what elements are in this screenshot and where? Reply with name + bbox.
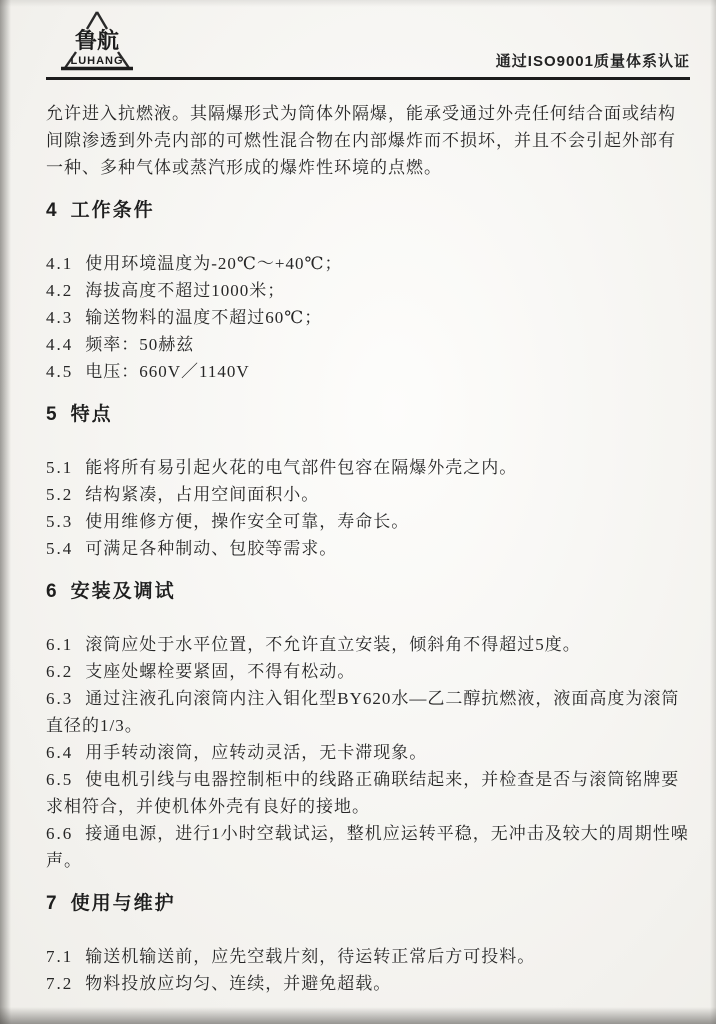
- clause-number: 4.4: [46, 335, 73, 354]
- luhang-logo-graphic: 鲁航 LUHANG: [54, 10, 140, 74]
- clause-item: 6.6接通电源，进行1小时空载试运，整机应运转平稳，无冲击及较大的周期性噪声。: [46, 820, 690, 874]
- clause-number: 5.1: [46, 458, 73, 477]
- section-title: 安装及调试: [71, 581, 176, 602]
- clause-item: 7.2物料投放应均匀、连续，并避免超载。: [46, 970, 690, 997]
- section-7: 7使用与维护7.1输送机输送前，应先空载片刻，待运转正常后方可投料。7.2物料投…: [46, 891, 690, 997]
- clause-number: 7.2: [46, 974, 73, 993]
- clause-item: 5.2结构紧凑，占用空间面积小。: [46, 481, 690, 508]
- clause-number: 5.4: [46, 539, 73, 558]
- clause-number: 5.2: [46, 485, 73, 504]
- page-body: 允许进入抗燃液。其隔爆形式为筒体外隔爆，能承受通过外壳任何结合面或结构间隙渗透到…: [46, 100, 690, 997]
- document-page: 鲁航 LUHANG 通过ISO9001质量体系认证 允许进入抗燃液。其隔爆形式为…: [0, 0, 716, 1024]
- clause-number: 6.1: [46, 635, 73, 654]
- section-5: 5特点5.1能将所有易引起火花的电气部件包容在隔爆外壳之内。5.2结构紧凑，占用…: [46, 402, 690, 562]
- section-6: 6安装及调试6.1滚筒应处于水平位置，不允许直立安装，倾斜角不得超过5度。6.2…: [46, 579, 690, 874]
- clause-number: 6.4: [46, 743, 73, 762]
- clause-text: 使用环境温度为-20℃～+40℃；: [85, 254, 342, 273]
- clause-item: 7.1输送机输送前，应先空载片刻，待运转正常后方可投料。: [46, 943, 690, 970]
- sections-container: 4工作条件4.1使用环境温度为-20℃～+40℃；4.2海拔高度不超过1000米…: [46, 198, 690, 997]
- clause-number: 4.5: [46, 362, 73, 381]
- clause-item: 6.1滚筒应处于水平位置，不允许直立安装，倾斜角不得超过5度。: [46, 631, 690, 658]
- clause-item: 6.2支座处螺栓要紧固，不得有松动。: [46, 658, 690, 685]
- clause-item: 6.5使电机引线与电器控制柜中的线路正确联结起来，并检查是否与滚筒铭牌要求相符合…: [46, 766, 690, 820]
- luhang-logo: 鲁航 LUHANG: [54, 10, 140, 74]
- clause-text: 可满足各种制动、包胶等需求。: [85, 539, 337, 558]
- clause-text: 电压：660V／1140V: [85, 362, 249, 381]
- section-title: 工作条件: [71, 200, 155, 221]
- section-title: 使用与维护: [71, 893, 176, 914]
- clause-item: 4.3输送物料的温度不超过60℃；: [46, 304, 690, 331]
- certification-text: 通过ISO9001质量体系认证: [496, 50, 690, 71]
- clause-text: 接通电源，进行1小时空载试运，整机应运转平稳，无冲击及较大的周期性噪声。: [46, 824, 689, 870]
- clause-number: 4.2: [46, 281, 73, 300]
- section-number: 6: [46, 581, 57, 602]
- clause-text: 频率：50赫兹: [85, 335, 194, 354]
- clause-item: 6.3通过注液孔向滚筒内注入钼化型BY620水—乙二醇抗燃液，液面高度为滚筒直径…: [46, 685, 690, 739]
- clause-number: 6.3: [46, 689, 73, 708]
- section-heading: 6安装及调试: [46, 579, 690, 605]
- logo-latin-text: LUHANG: [70, 55, 123, 67]
- clause-text: 滚筒应处于水平位置，不允许直立安装，倾斜角不得超过5度。: [85, 635, 581, 654]
- clause-text: 输送机输送前，应先空载片刻，待运转正常后方可投料。: [85, 947, 535, 966]
- intro-paragraph: 允许进入抗燃液。其隔爆形式为筒体外隔爆，能承受通过外壳任何结合面或结构间隙渗透到…: [46, 100, 690, 181]
- clause-item: 6.4用手转动滚筒，应转动灵活，无卡滞现象。: [46, 739, 690, 766]
- clause-item: 4.4频率：50赫兹: [46, 331, 690, 358]
- clause-text: 通过注液孔向滚筒内注入钼化型BY620水—乙二醇抗燃液，液面高度为滚筒直径的1/…: [46, 689, 679, 735]
- clause-number: 6.2: [46, 662, 73, 681]
- section-number: 7: [46, 893, 57, 914]
- clause-number: 6.6: [46, 824, 73, 843]
- section-4: 4工作条件4.1使用环境温度为-20℃～+40℃；4.2海拔高度不超过1000米…: [46, 198, 690, 385]
- clause-number: 4.1: [46, 254, 73, 273]
- clause-number: 6.5: [46, 770, 73, 789]
- page-header: 鲁航 LUHANG 通过ISO9001质量体系认证: [46, 8, 690, 80]
- section-title: 特点: [71, 404, 113, 425]
- clause-text: 物料投放应均匀、连续，并避免超载。: [85, 974, 391, 993]
- clause-number: 5.3: [46, 512, 73, 531]
- clause-item: 4.5电压：660V／1140V: [46, 358, 690, 385]
- clause-number: 7.1: [46, 947, 73, 966]
- clause-text: 结构紧凑，占用空间面积小。: [85, 485, 319, 504]
- clause-item: 4.1使用环境温度为-20℃～+40℃；: [46, 250, 690, 277]
- clause-text: 能将所有易引起火花的电气部件包容在隔爆外壳之内。: [85, 458, 517, 477]
- section-heading: 5特点: [46, 402, 690, 428]
- section-number: 4: [46, 200, 57, 221]
- section-heading: 4工作条件: [46, 198, 690, 224]
- clause-item: 4.2海拔高度不超过1000米；: [46, 277, 690, 304]
- clause-text: 海拔高度不超过1000米；: [85, 281, 285, 300]
- clause-item: 5.4可满足各种制动、包胶等需求。: [46, 535, 690, 562]
- clause-text: 用手转动滚筒，应转动灵活，无卡滞现象。: [85, 743, 427, 762]
- section-heading: 7使用与维护: [46, 891, 690, 917]
- clause-number: 4.3: [46, 308, 73, 327]
- clause-text: 使用维修方便，操作安全可靠，寿命长。: [85, 512, 409, 531]
- clause-text: 使电机引线与电器控制柜中的线路正确联结起来，并检查是否与滚筒铭牌要求相符合，并使…: [46, 770, 679, 816]
- clause-item: 5.1能将所有易引起火花的电气部件包容在隔爆外壳之内。: [46, 454, 690, 481]
- section-number: 5: [46, 404, 57, 425]
- clause-text: 输送物料的温度不超过60℃；: [85, 308, 322, 327]
- logo-chinese-text: 鲁航: [75, 28, 119, 53]
- clause-text: 支座处螺栓要紧固，不得有松动。: [85, 662, 355, 681]
- clause-item: 5.3使用维修方便，操作安全可靠，寿命长。: [46, 508, 690, 535]
